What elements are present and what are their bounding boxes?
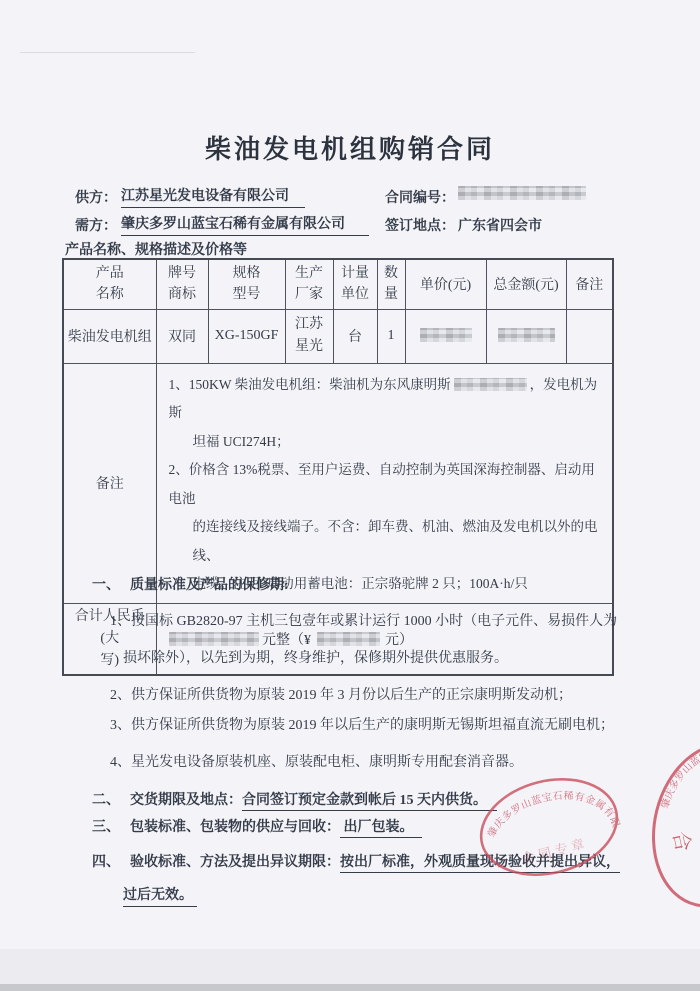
scanner-background-strip bbox=[0, 984, 700, 991]
remark-row: 备注 1、150KW 柴油发电机组：柴油机为东风康明斯，发电机为斯 坦福 UCI… bbox=[63, 363, 613, 603]
col-header-unit: 计量单位 bbox=[333, 259, 377, 309]
cell-model: XG-150GF bbox=[208, 309, 285, 363]
engine-model-redacted bbox=[454, 378, 527, 391]
clause-3-number: 三、 bbox=[92, 816, 120, 836]
clause-3-packing-terms: 出厂包装。 bbox=[340, 820, 422, 838]
supplier-name: 江苏星光发电设备有限公司 bbox=[121, 185, 305, 208]
sign-place-label: 签订地点： bbox=[385, 215, 455, 235]
col-header-brand: 牌号商标 bbox=[156, 259, 208, 309]
remark-line-3: 2、价格含 13%税票、至用户运费、自动控制为英国深海控制器、启动用电池 bbox=[169, 456, 603, 513]
clause-1-item-1-line-2: 损坏除外），以先到为期，终身维护，保修期外提供优惠服务。 bbox=[123, 647, 508, 667]
contract-title: 柴油发电机组购销合同 bbox=[0, 129, 700, 166]
cell-total-price bbox=[486, 309, 566, 363]
col-header-qty: 数量 bbox=[377, 259, 405, 309]
svg-text:肇庆多罗山蓝宝石稀有金属有限公司: 肇庆多罗山蓝宝石稀有金属有限公司 bbox=[658, 733, 700, 835]
remark-line-2: 坦福 UCI274H； bbox=[169, 428, 603, 457]
clause-1-item-3: 3、供方保证所供货物为原装 2019 年以后生产的康明斯无锡斯坦福直流无刷电机； bbox=[110, 714, 614, 734]
unit-price-redacted bbox=[420, 328, 472, 342]
edge-seal-ring-text: 肇庆多罗山蓝宝石稀有金属有限公司 bbox=[658, 733, 700, 835]
clause-4-number: 四、 bbox=[92, 851, 120, 871]
products-section-heading: 产品名称、规格描述及价格等 bbox=[65, 239, 247, 259]
edge-seal-ring bbox=[637, 733, 700, 919]
col-header-model: 规格型号 bbox=[208, 259, 285, 309]
scan-artifact-line bbox=[20, 52, 195, 53]
clause-2-number: 二、 bbox=[92, 789, 120, 809]
clause-4-line-2: 过后无效。 bbox=[123, 884, 197, 907]
col-header-product: 产品名称 bbox=[63, 259, 156, 309]
cell-unit: 台 bbox=[333, 309, 377, 363]
clause-1-number: 一、 bbox=[92, 574, 120, 594]
clause-3-line: 包装标准、包装物的供应与回收： 出厂包装。 bbox=[130, 816, 422, 836]
buyer-label: 需方： bbox=[75, 215, 117, 235]
remark-line-4: 的连接线及接线端子。不含：卸车费、机油、燃油及发电机以外的电线、 bbox=[169, 513, 603, 570]
sign-place-value: 广东省四会市 bbox=[458, 215, 542, 235]
table-header-row: 产品名称 牌号商标 规格型号 生产厂家 计量单位 数量 单价(元) 总金额(元)… bbox=[63, 259, 613, 309]
amount-in-words-redacted bbox=[169, 632, 259, 646]
col-header-total-price: 总金额(元) bbox=[486, 259, 566, 309]
cell-product-name: 柴油发电机组 bbox=[63, 309, 156, 363]
clause-2-line: 交货期限及地点：合同签订预定金款到帐后 15 天内供货。 bbox=[130, 789, 497, 809]
cell-unit-price bbox=[405, 309, 486, 363]
clause-1-item-4: 4、星光发电设备原装机座、原装配电柜、康明斯专用配套消音器。 bbox=[110, 751, 523, 771]
supplier-label: 供方： bbox=[75, 187, 117, 207]
scan-paper-edge-band bbox=[0, 949, 700, 984]
cell-manufacturer: 江苏星光 bbox=[285, 309, 333, 363]
amount-numeric-redacted bbox=[317, 632, 380, 646]
cell-remark-empty bbox=[566, 309, 613, 363]
scanned-contract-page: 柴油发电机组购销合同 供方： 江苏星光发电设备有限公司 合同编号： 需方： 肇庆… bbox=[0, 0, 700, 991]
buyer-company-seal: 肇庆多罗山蓝宝石稀有金属有限公司 合同专章 bbox=[456, 756, 646, 901]
remark-row-content: 1、150KW 柴油发电机组：柴油机为东风康明斯，发电机为斯 坦福 UCI274… bbox=[156, 363, 613, 603]
clause-4-line: 验收标准、方法及提出异议期限：按出厂标准，外观质量现场验收并提出异议， bbox=[130, 851, 620, 871]
buyer-name: 肇庆多罗山蓝宝石稀有金属有限公司 bbox=[121, 213, 369, 236]
product-row: 柴油发电机组 双同 XG-150GF 江苏星光 台 1 bbox=[63, 309, 613, 363]
clause-1-item-2: 2、供方保证所供货物为原装 2019 年 3 月份以后生产的正宗康明斯发动机； bbox=[110, 684, 572, 704]
col-header-unit-price: 单价(元) bbox=[405, 259, 486, 309]
edge-partial-seal: 肇庆多罗山蓝宝石稀有金属有限公司 合 bbox=[615, 733, 700, 923]
clause-1-title: 质量标准及产品的保修期: bbox=[130, 574, 289, 594]
contract-number-redacted bbox=[458, 186, 586, 200]
col-header-manufacturer: 生产厂家 bbox=[285, 259, 333, 309]
clause-4-acceptance-terms: 按出厂标准，外观质量现场验收并提出异议， bbox=[340, 855, 620, 873]
clause-1-item-1-line-1: 1、按国标 GB2820-97 主机三包壹年或累计运行 1000 小时（电子元件… bbox=[110, 610, 617, 630]
remark-line-1: 1、150KW 柴油发电机组：柴油机为东风康明斯，发电机为斯 bbox=[169, 371, 603, 428]
remark-row-label: 备注 bbox=[63, 363, 156, 603]
total-price-redacted bbox=[498, 328, 555, 342]
cell-qty: 1 bbox=[377, 309, 405, 363]
col-header-remark: 备注 bbox=[566, 259, 613, 309]
contract-number-label: 合同编号： bbox=[385, 187, 455, 207]
clause-2-delivery-terms: 合同签订预定金款到帐后 15 天内供货。 bbox=[242, 793, 497, 811]
cell-brand: 双同 bbox=[156, 309, 208, 363]
edge-seal-center-char: 合 bbox=[668, 829, 695, 853]
